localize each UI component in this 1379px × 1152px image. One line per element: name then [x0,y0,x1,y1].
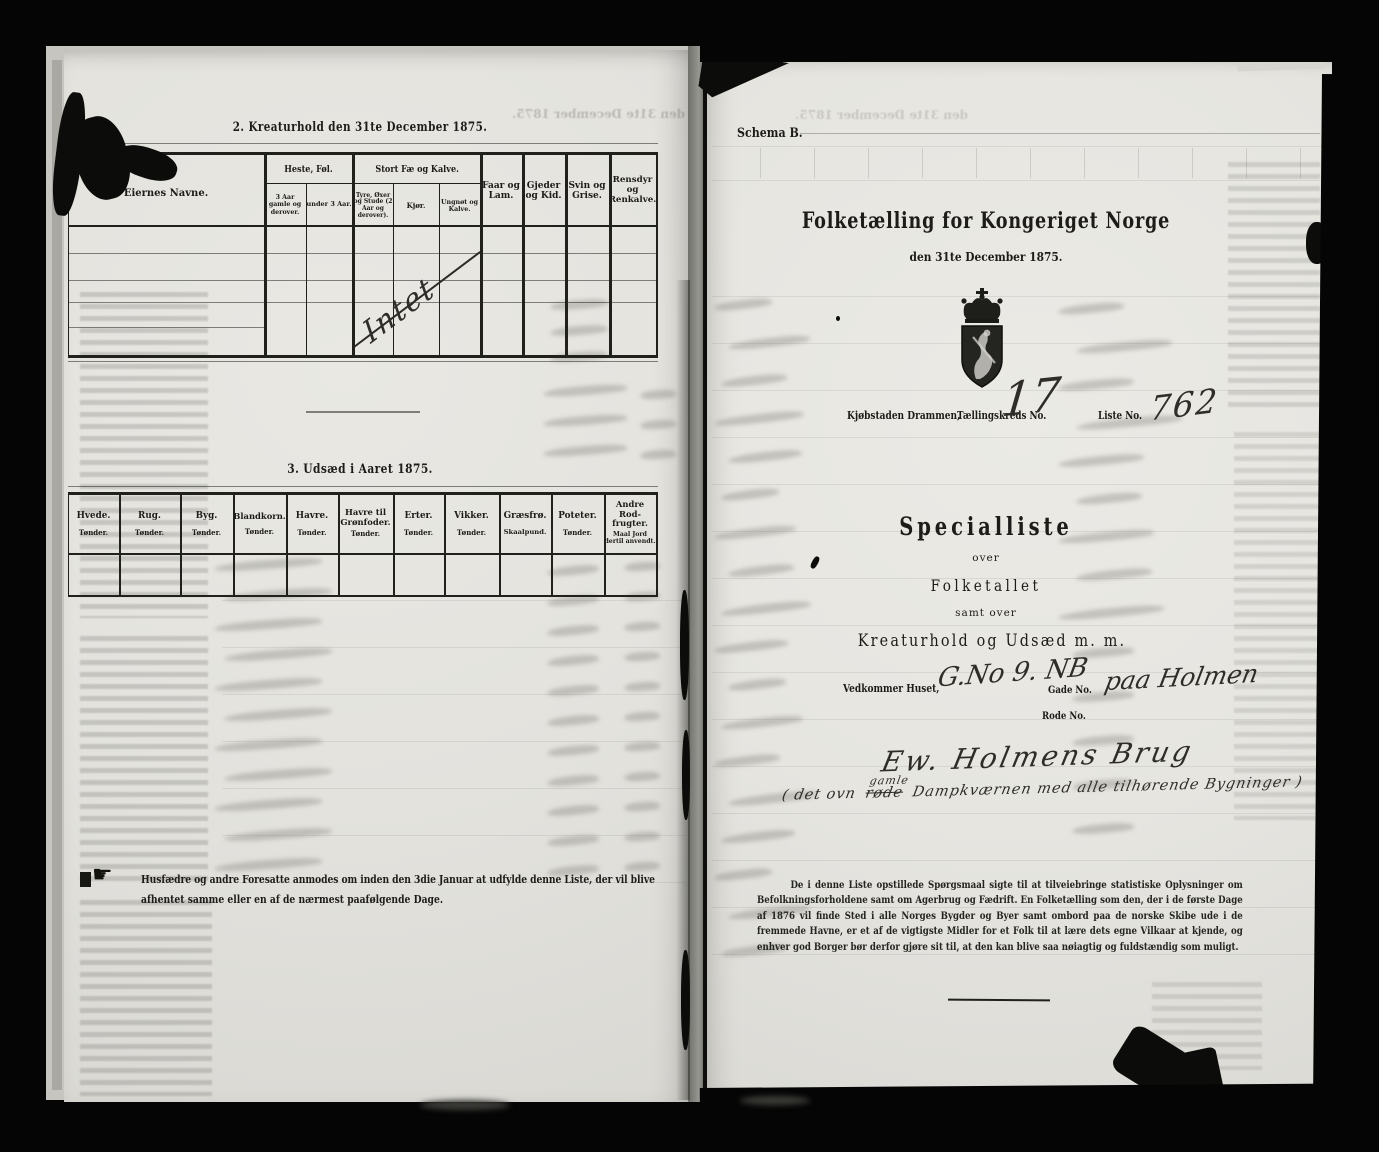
note-inserted-word: gamle [869,773,910,787]
signature-rule [948,999,1050,1002]
district-city: Kjøbstaden Drammen, [847,409,960,422]
note-pre: ( det ovn [781,786,858,804]
handwritten-census-district-number: 17 [999,366,1063,427]
handwritten-property-name: Ew. Holmens Brug [879,734,1197,778]
edge-streak [680,590,689,700]
list-number-label: Liste No. [1098,409,1142,422]
frame-right-upper [1313,74,1379,1152]
handwritten-list-number: 762 [1149,380,1221,428]
header-rule [800,133,1320,134]
samt-over-label: samt over [706,607,1266,619]
handwritten-property-note: ( det ovn gamle røde Dampkværnen med all… [781,774,1304,804]
page-subtitle: den 31te December 1875. [748,249,1224,264]
instruction-paragraph: De i denne Liste opstillede Spørgsmaal s… [757,878,1243,955]
rode-number-label: Rode No. [1042,710,1086,722]
kreaturhold-udsaed-heading: Kreaturhold og Udsæd m. m. [748,631,1235,650]
over-label: over [706,552,1266,564]
schema-label: Schema B. [737,126,803,141]
ink-speck [836,316,840,321]
edge-streak [682,730,690,820]
folketallet-heading: Folketallet [748,576,1224,595]
page-title: Folketælling for Kongeriget Norge [762,208,1210,234]
bottom-smudge [740,1096,810,1105]
note-post: Dampkværnen med alle tilhørende Bygninge… [911,774,1304,800]
frame-top-right [700,40,1379,62]
bottom-smudge [420,1100,510,1110]
frame-left [0,0,46,1152]
street-number-label: Gade No. [1048,684,1092,696]
edge-streak [681,950,690,1050]
census-book-scan: den 31te December 1875. den 31te Decembe… [0,0,1379,1152]
specialliste-heading: Specialliste [768,512,1205,541]
house-label: Vedkommer Huset, [843,682,939,695]
handwritten-street: paa Holmen [1102,659,1261,696]
